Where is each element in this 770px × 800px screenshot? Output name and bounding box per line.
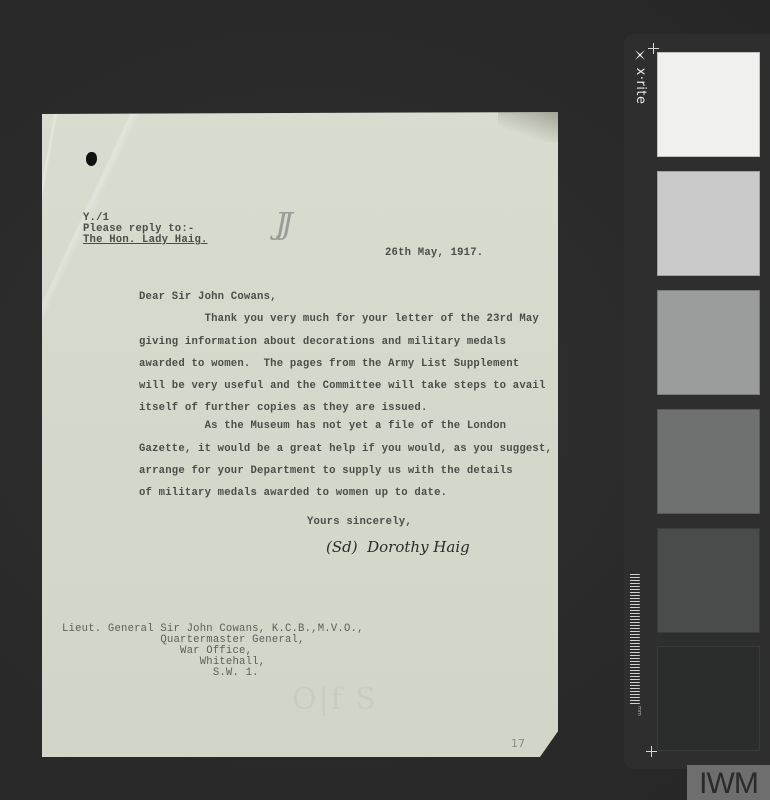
crosshair-icon [646,746,657,757]
grey-patch-2 [657,171,760,276]
pencil-initials: JJ [275,207,287,242]
signature: (Sd) Dorothy Haig [326,538,470,556]
body-line: awarded to women. The pages from the Arm… [139,358,519,370]
grey-patch-1 [657,52,760,157]
body-line: of military medals awarded to women up t… [139,487,447,499]
body-line: Gazette, it would be a great help if you… [139,443,552,455]
address-line: S.W. 1. [62,668,259,679]
faint-stamp-mark: O|f S [292,682,378,717]
xrite-logo: x·rite [628,50,648,130]
body-line: As the Museum has not yet a file of the … [139,420,506,432]
ruler-scale [630,574,644,704]
grey-patch-4 [657,409,760,514]
color-checker-card: x·rite mm [624,34,770,769]
ruler-unit: mm [636,706,642,716]
punch-hole [86,152,97,166]
letter-date: 26th May, 1917. [385,248,483,259]
grey-patch-6 [657,646,760,751]
xrite-mark-icon [635,50,645,60]
body-line: Thank you very much for your letter of t… [139,313,539,325]
iwm-watermark: IWM [687,765,770,800]
body-line: will be very useful and the Committee wi… [139,380,546,392]
salutation: Dear Sir John Cowans, [139,292,277,303]
body-line: itself of further copies as they are iss… [139,402,428,414]
page-number: 17 [511,737,525,750]
grey-patch-5 [657,528,760,633]
body-line: giving information about decorations and… [139,336,506,348]
body-line: arrange for your Department to supply us… [139,465,513,477]
letter-page: Y./1 Please reply to:- The Hon. Lady Hai… [42,112,558,757]
paper-shadow [498,112,558,142]
brand-label: x·rite [633,68,648,105]
grey-patch-3 [657,290,760,395]
reply-to-name: The Hon. Lady Haig. [83,235,208,246]
closing: Yours sincerely, [307,517,412,528]
